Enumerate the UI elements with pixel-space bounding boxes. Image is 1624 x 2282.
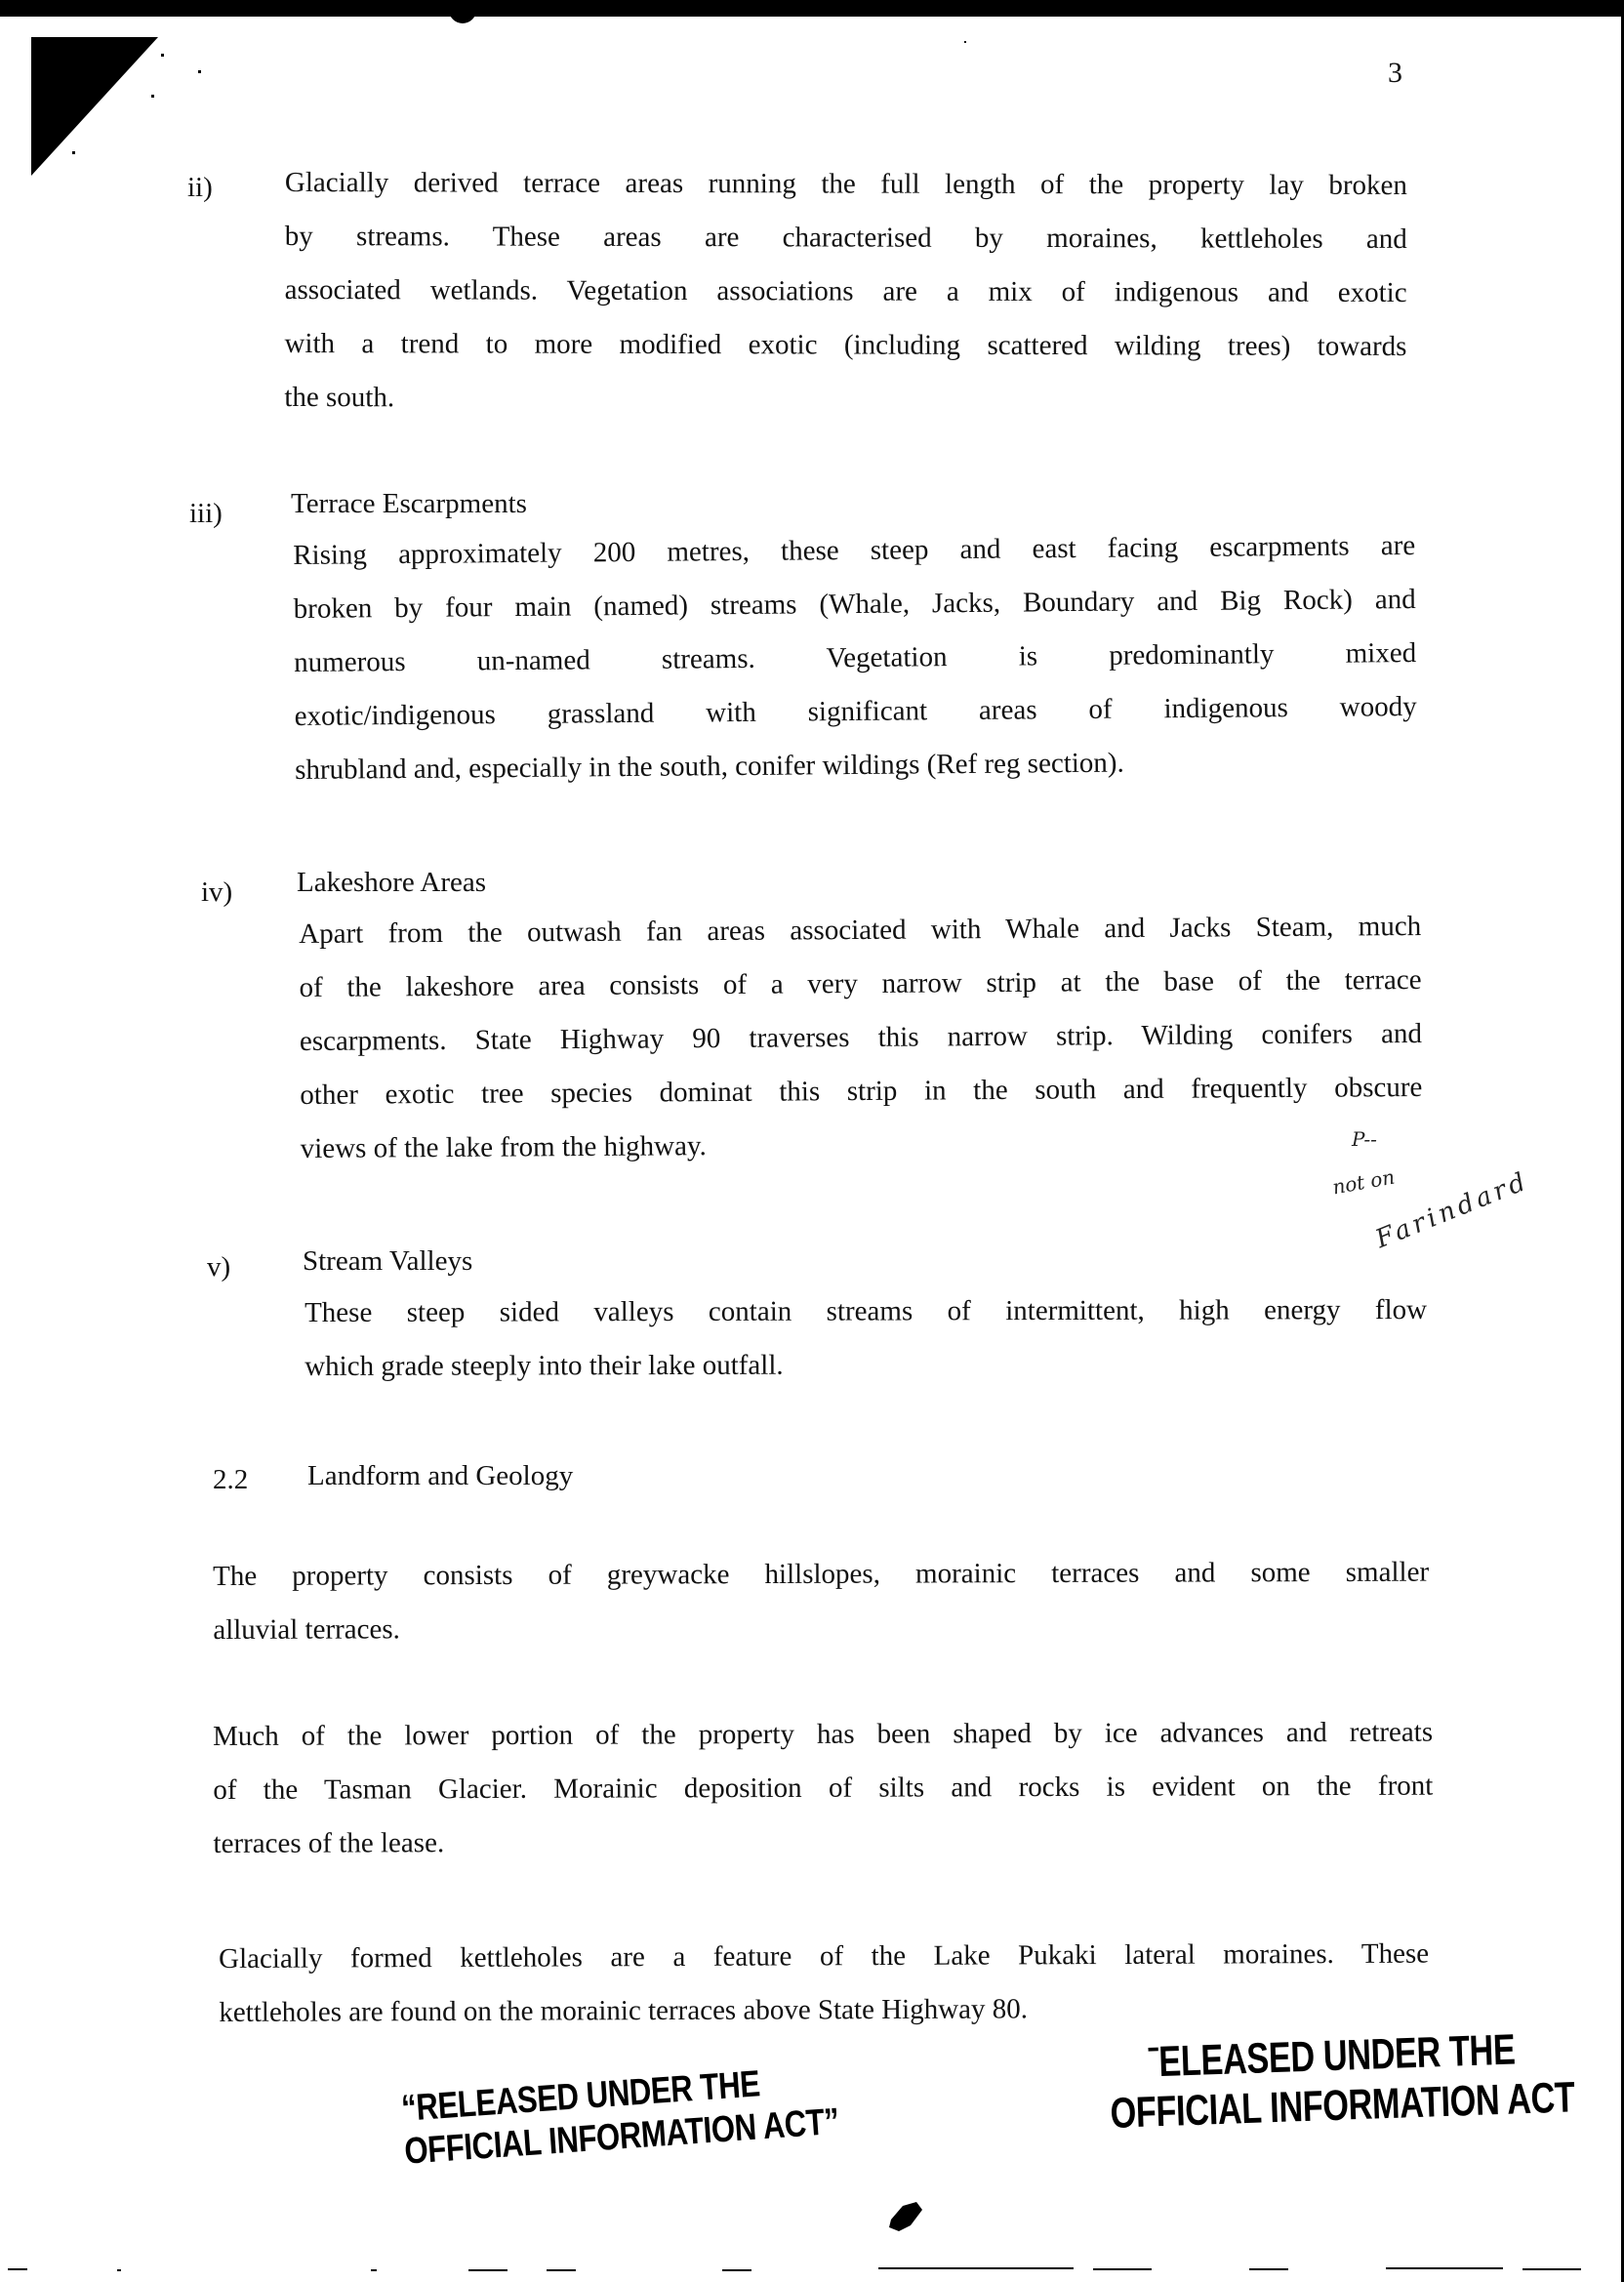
section-numeral: ii) bbox=[187, 172, 213, 204]
text-line: associated wetlands. Vegetation associat… bbox=[285, 264, 1407, 320]
text-line: terraces of the lease. bbox=[213, 1813, 1433, 1871]
scan-bottom-noise bbox=[0, 2266, 1624, 2272]
text-line: of the lakeshore area consists of a very… bbox=[299, 954, 1421, 1015]
body-paragraph: Much of the lower portion of the propert… bbox=[213, 1706, 1434, 1871]
text-line: shrubland and, especially in the south, … bbox=[295, 734, 1417, 797]
section-paragraph: Rising approximately 200 metres, these s… bbox=[293, 519, 1417, 797]
section-heading: Terrace Escarpments bbox=[291, 488, 527, 520]
scan-top-border bbox=[0, 0, 1624, 17]
section-number: 2.2 bbox=[213, 1464, 248, 1496]
text-line: Apart from the outwash fan areas associa… bbox=[299, 900, 1421, 961]
section-heading: Stream Valleys bbox=[303, 1245, 472, 1278]
oia-release-stamp: “RELEASED UNDER THE OFFICIAL INFORMATION… bbox=[400, 2058, 840, 2174]
text-line: by streams. These areas are characterise… bbox=[285, 210, 1407, 266]
section-numeral: v) bbox=[207, 1251, 230, 1284]
page-number: 3 bbox=[1388, 57, 1402, 90]
scan-speck bbox=[198, 70, 201, 73]
section-paragraph: These steep sided valleys contain stream… bbox=[304, 1284, 1427, 1394]
scan-speck bbox=[151, 95, 154, 98]
handwritten-symbol: P-- bbox=[1352, 1127, 1377, 1151]
text-line: escarpments. State Highway 90 traverses … bbox=[300, 1007, 1422, 1069]
scan-speck bbox=[72, 151, 75, 154]
text-line: the south. bbox=[284, 371, 1406, 428]
section-heading: Lakeshore Areas bbox=[297, 867, 486, 899]
scan-speck bbox=[161, 54, 164, 57]
text-line: Glacially formed kettleholes are a featu… bbox=[219, 1928, 1429, 1986]
text-line: Glacially derived terrace areas running … bbox=[285, 156, 1407, 213]
text-line: alluvial terraces. bbox=[213, 1600, 1429, 1657]
text-line: which grade steeply into their lake outf… bbox=[304, 1337, 1427, 1394]
ink-blot-artifact bbox=[881, 2196, 930, 2235]
handwritten-note: P-- not on Farindard bbox=[1332, 1127, 1557, 1254]
text-line: Much of the lower portion of the propert… bbox=[213, 1706, 1433, 1764]
text-line: other exotic tree species dominat this s… bbox=[300, 1061, 1422, 1122]
section-title: Landform and Geology bbox=[307, 1460, 573, 1492]
oia-release-stamp: ˉELEASED UNDER THE OFFICIAL INFORMATION … bbox=[1108, 2023, 1575, 2139]
section-numeral: iv) bbox=[201, 876, 232, 909]
scan-artifact bbox=[449, 10, 476, 23]
handwritten-line: not on bbox=[1330, 1165, 1396, 1200]
text-line: numerous un-named streams. Vegetation is… bbox=[294, 627, 1416, 690]
text-line: Rising approximately 200 metres, these s… bbox=[293, 519, 1415, 583]
text-line: of the Tasman Glacier. Morainic depositi… bbox=[213, 1760, 1433, 1817]
section-numeral: iii) bbox=[189, 498, 223, 530]
body-paragraph: The property consists of greywacke hills… bbox=[213, 1546, 1429, 1657]
text-line: broken by four main (named) streams (Wha… bbox=[293, 573, 1415, 636]
scan-speck bbox=[964, 41, 966, 43]
text-line: exotic/indigenous grassland with signifi… bbox=[294, 680, 1416, 744]
section-paragraph: Apart from the outwash fan areas associa… bbox=[299, 900, 1423, 1176]
text-line: with a trend to more modified exotic (in… bbox=[284, 317, 1406, 374]
section-paragraph: Glacially derived terrace areas running … bbox=[284, 156, 1407, 428]
text-line: views of the lake from the highway. bbox=[301, 1115, 1423, 1176]
body-paragraph: Glacially formed kettleholes are a featu… bbox=[219, 1928, 1429, 2040]
text-line: These steep sided valleys contain stream… bbox=[304, 1284, 1427, 1340]
text-line: kettleholes are found on the morainic te… bbox=[219, 1981, 1429, 2040]
handwritten-line: Farindard bbox=[1371, 1166, 1533, 1254]
text-line: The property consists of greywacke hills… bbox=[213, 1546, 1429, 1604]
corner-triangle-artifact bbox=[29, 35, 166, 182]
